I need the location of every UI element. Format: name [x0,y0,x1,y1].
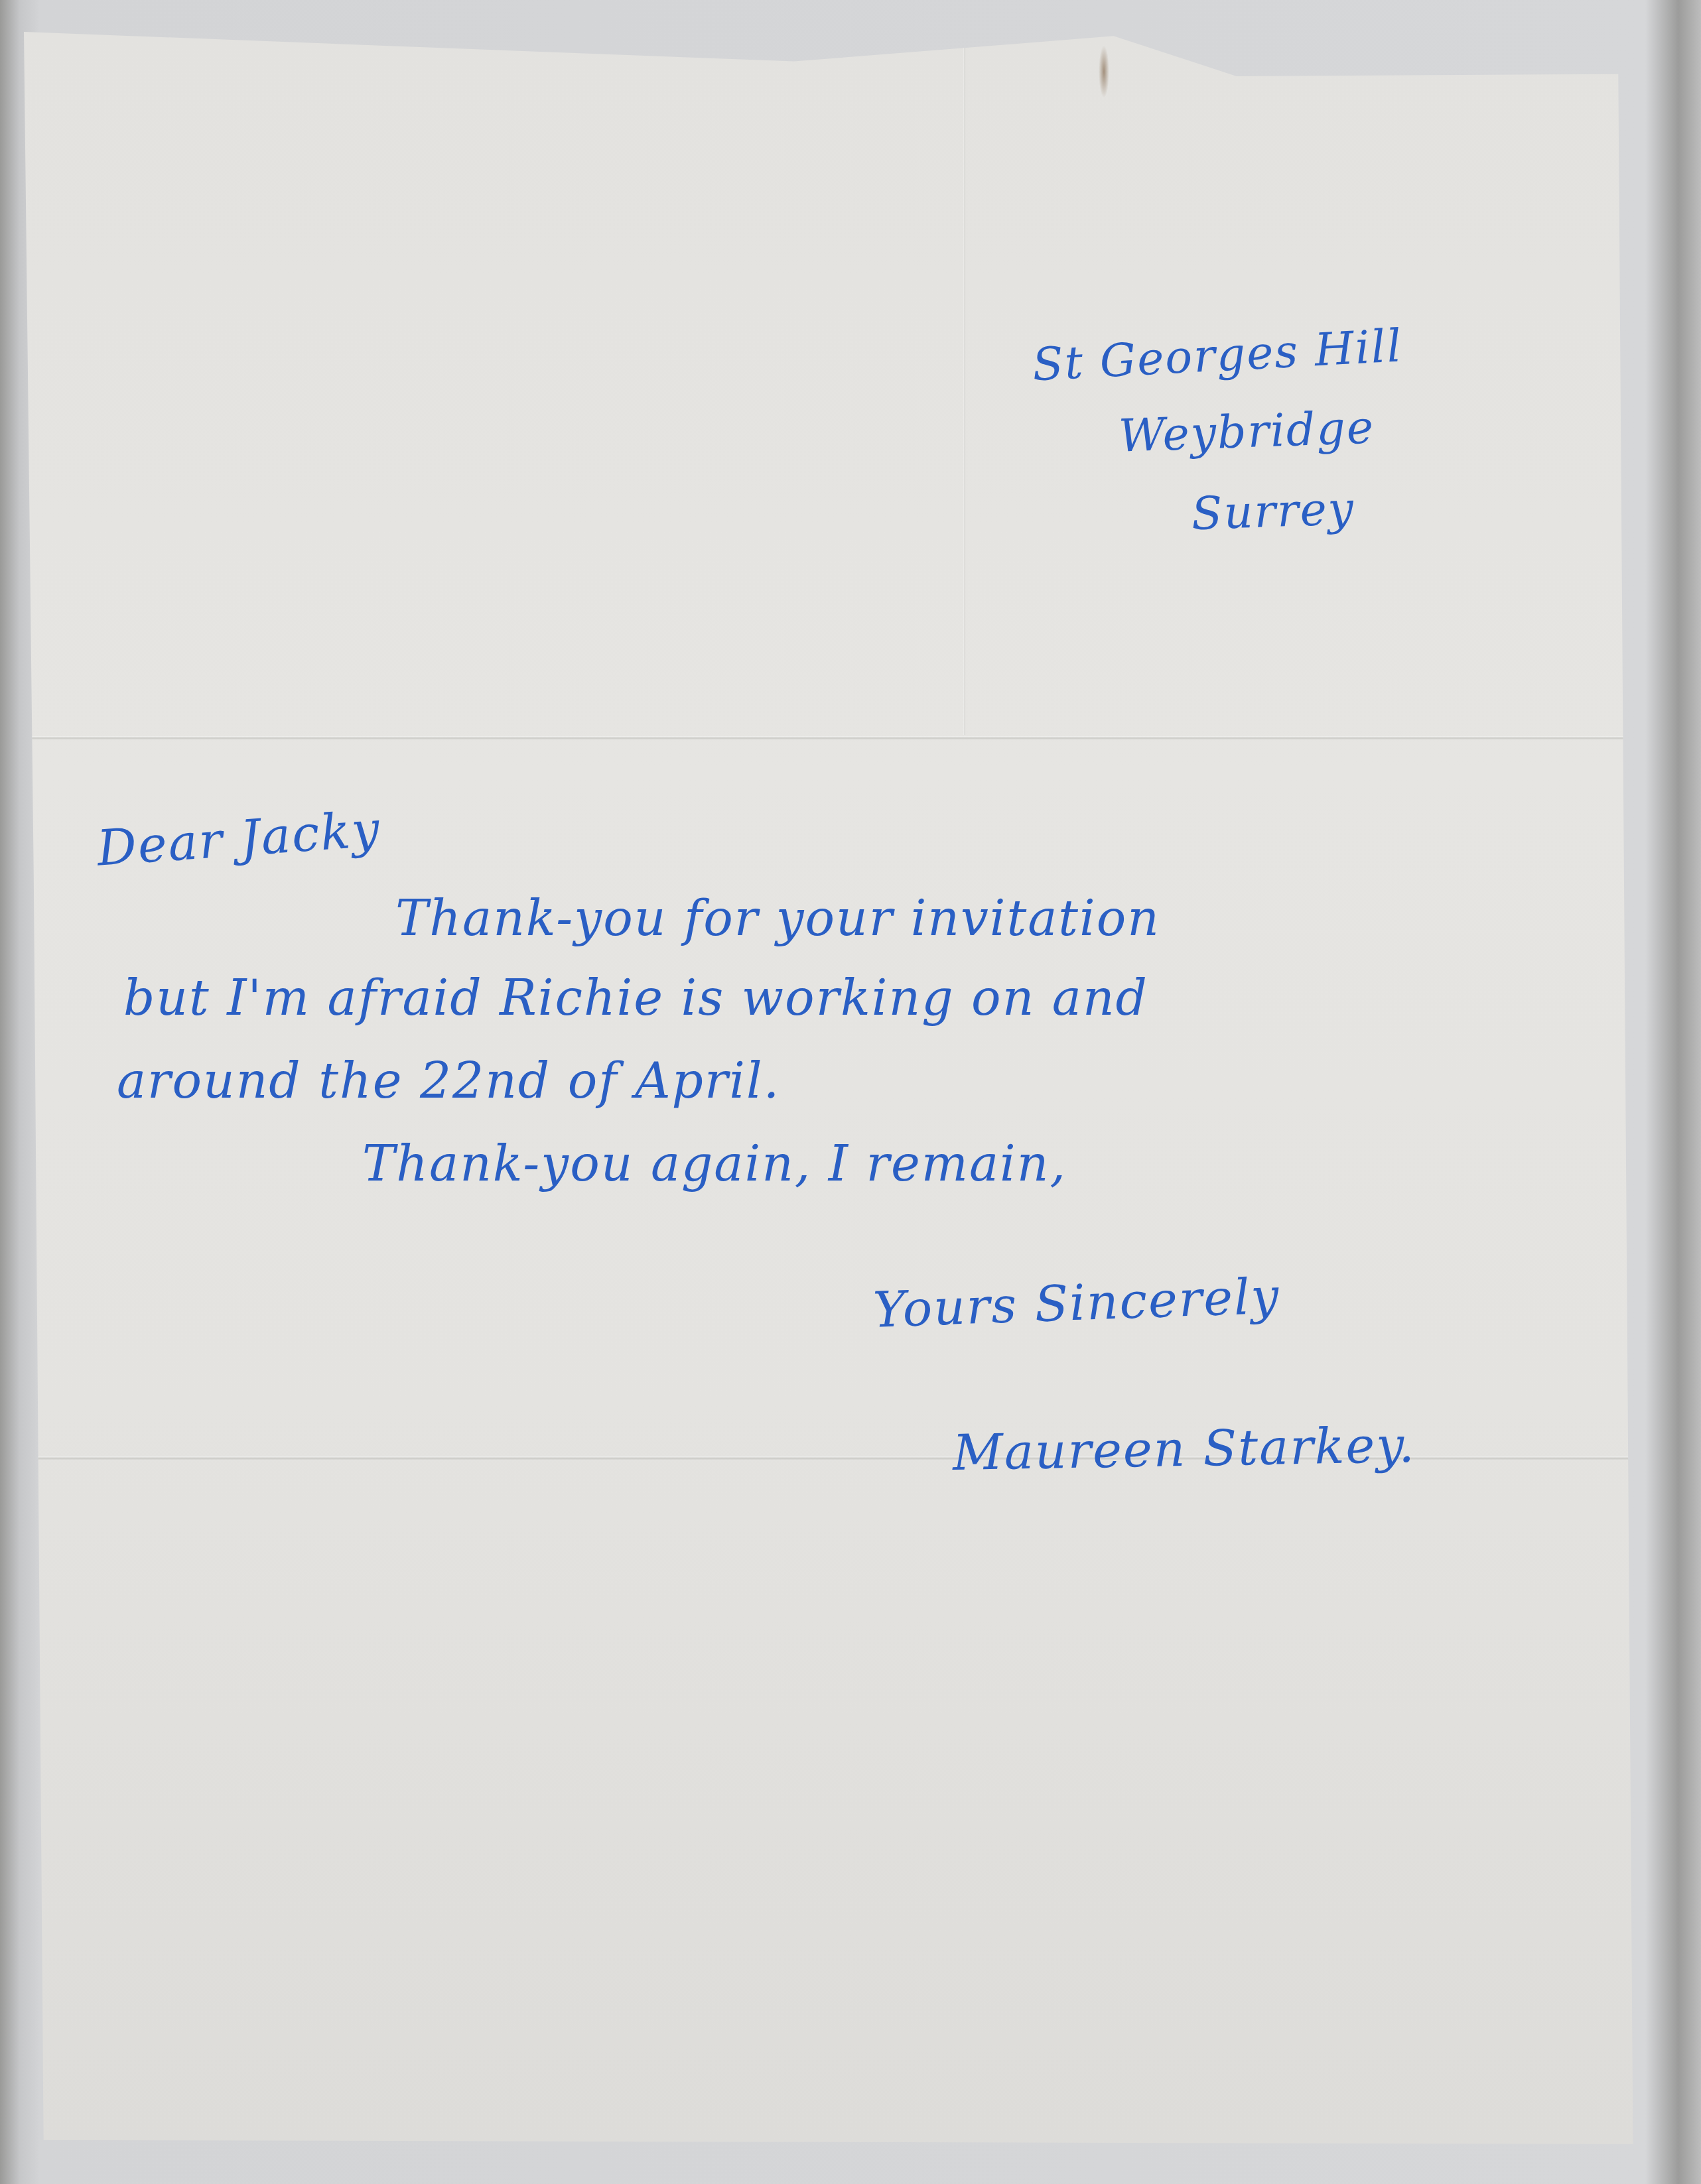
fold-crease-upper [24,736,1663,740]
address-line-2: Weybridge [1118,405,1375,459]
body-line-1: Thank-you for your invitation [395,894,1160,943]
body-line-4: Thank-you again, I remain, [362,1139,1067,1188]
salutation: Dear Jacky [96,804,382,873]
address-line-1: St Georges Hill [1032,324,1404,388]
letter-sheet: St Georges Hill Weybridge Surrey Dear Ja… [24,32,1663,2144]
fold-crease-lower [24,1456,1663,1460]
closing: Yours Sincerely [872,1271,1281,1334]
body-line-3: around the 22nd of April. [117,1057,780,1106]
body-line-2: but I'm afraid Richie is working on and [123,974,1148,1023]
address-line-3: Surrey [1191,487,1355,538]
signature: Maureen Starkey. [952,1421,1416,1478]
vertical-crease [963,32,965,735]
paper-stain [1099,45,1109,98]
